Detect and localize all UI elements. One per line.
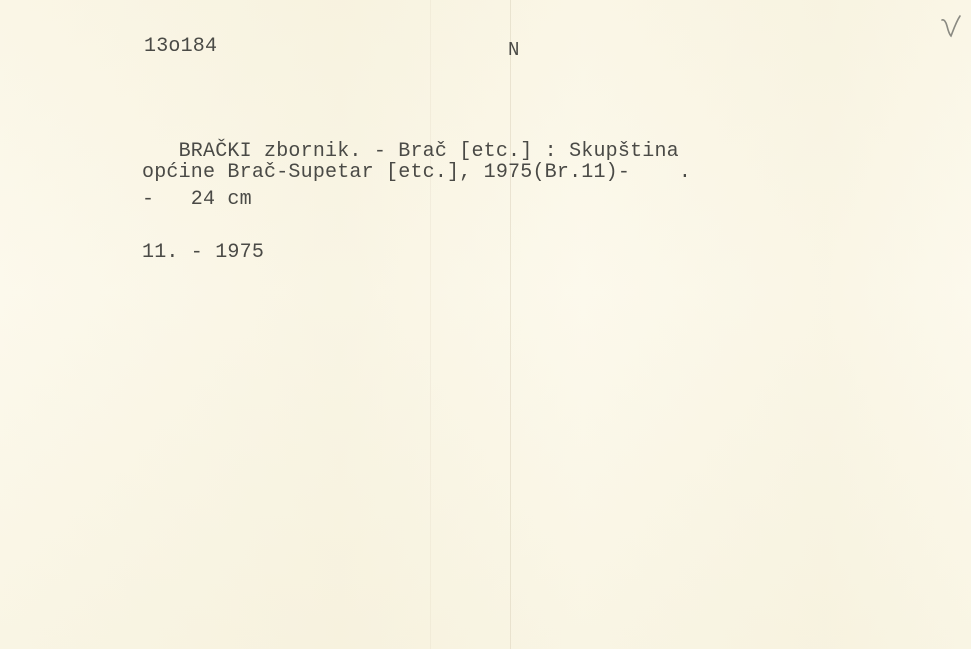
paper-fiber-line <box>510 0 511 649</box>
bibliographic-entry-line-3: - 24 cm <box>142 189 252 210</box>
holdings-statement: 11. - 1975 <box>142 242 264 263</box>
check-mark-icon <box>940 14 964 42</box>
paper-fiber-line <box>430 0 431 649</box>
catalog-card: 13o184 N BRAČKI zbornik. - Brač [etc.] :… <box>0 0 971 649</box>
bibliographic-entry-line-1: BRAČKI zbornik. - Brač [etc.] : Skupštin… <box>142 141 679 162</box>
bibliographic-entry-line-2: općine Brač-Supetar [etc.], 1975(Br.11)-… <box>142 162 691 183</box>
location-mark: N <box>508 40 520 61</box>
accession-number: 13o184 <box>144 36 217 57</box>
